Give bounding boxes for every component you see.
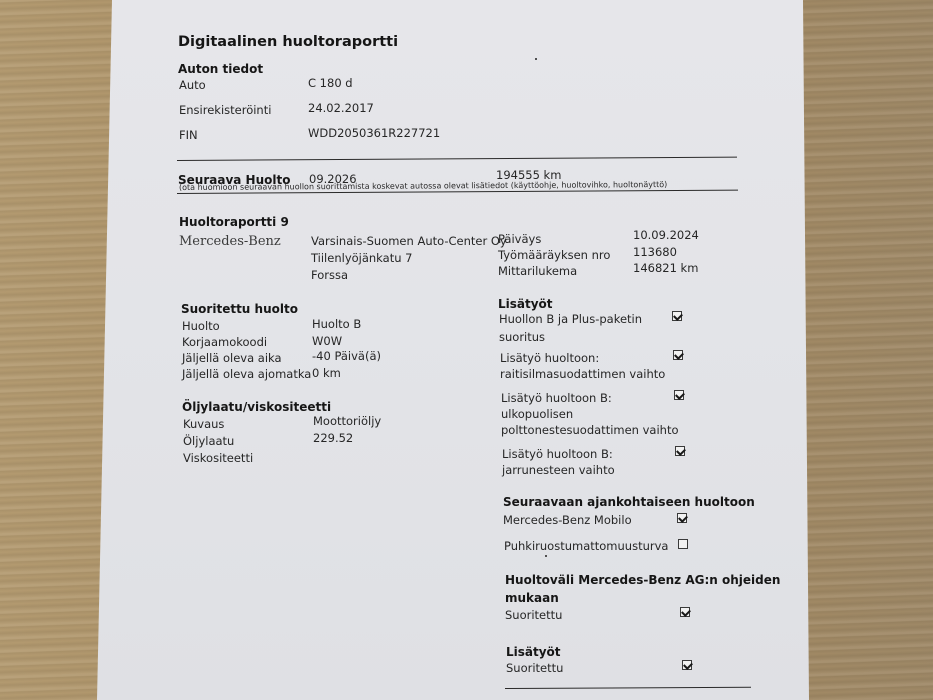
page-title: Digitaalinen huoltoraportti xyxy=(178,35,398,49)
extra-work-3-checkbox[interactable] xyxy=(674,390,684,400)
oil-value-description: Moottoriöljy xyxy=(313,414,381,428)
interval-heading-line-1: Huoltoväli Mercedes-Benz AG:n ohjeiden xyxy=(505,573,780,587)
performed-label-workshop-code: Korjaamokoodi xyxy=(182,335,267,349)
vehicle-value-model: C 180 d xyxy=(308,76,353,90)
extra-work-4-line-2: jarrunesteen vaihto xyxy=(502,463,615,477)
meta-value-work-order: 113680 xyxy=(633,245,677,259)
oil-value-quality: 229.52 xyxy=(313,431,353,445)
interval-done-checkbox[interactable] xyxy=(680,607,690,617)
extra-work-1-checkbox[interactable] xyxy=(672,311,682,321)
meta-label-odometer: Mittarilukema xyxy=(498,264,577,278)
oil-heading: Öljylaatu/viskositeetti xyxy=(182,400,331,414)
vehicle-label-model: Auto xyxy=(179,78,206,92)
rust-warranty-checkbox[interactable] xyxy=(678,539,688,549)
vehicle-label-fin: FIN xyxy=(179,128,198,142)
vehicle-label-registration: Ensirekisteröinti xyxy=(179,103,271,117)
extra-work-3-line-1: Lisätyö huoltoon B: xyxy=(501,391,612,405)
interval-done-label: Suoritettu xyxy=(505,608,562,622)
vehicle-value-fin: WDD2050361R227721 xyxy=(308,126,440,140)
performed-value-service: Huolto B xyxy=(312,317,361,331)
extra-work-2-checkbox[interactable] xyxy=(673,350,683,360)
mobilo-label: Mercedes-Benz Mobilo xyxy=(503,513,632,527)
meta-label-work-order: Työmääräyksen nro xyxy=(498,248,610,262)
ink-speck xyxy=(545,555,547,557)
oil-label-description: Kuvaus xyxy=(183,417,224,431)
extra-work-2-line-2: raitisilmasuodattimen vaihto xyxy=(500,367,665,381)
performed-value-remaining-time: -40 Päivä(ä) xyxy=(312,349,381,363)
report-heading: Huoltoraportti 9 xyxy=(179,215,289,229)
mobilo-checkbox[interactable] xyxy=(677,513,687,523)
service-report-paper xyxy=(0,0,933,700)
performed-label-remaining-distance: Jäljellä oleva ajomatka xyxy=(182,367,311,381)
dealer-street: Tiilenlyöjänkatu 7 xyxy=(311,251,412,265)
performed-value-workshop-code: W0W xyxy=(312,334,342,348)
extra-work-1-line-2: suoritus xyxy=(499,330,545,344)
brand-wordmark: Mercedes-Benz xyxy=(179,235,281,249)
vehicle-heading: Auton tiedot xyxy=(178,62,263,76)
vehicle-value-registration: 24.02.2017 xyxy=(308,101,374,115)
dealer-city: Forssa xyxy=(311,268,348,282)
oil-label-viscosity: Viskositeetti xyxy=(183,451,253,465)
rust-warranty-label: Puhkiruostumattomuusturva xyxy=(504,539,668,553)
extra-work-done-heading: Lisätyöt xyxy=(506,645,561,659)
extra-work-3-line-2: ulkopuolisen xyxy=(501,407,573,421)
meta-value-odometer: 146821 km xyxy=(633,261,698,275)
meta-label-date: Päiväys xyxy=(498,232,541,246)
extra-work-3-line-3: polttonestesuodattimen vaihto xyxy=(501,423,679,437)
extra-work-done-label: Suoritettu xyxy=(506,661,563,675)
extra-work-done-checkbox[interactable] xyxy=(682,660,692,670)
performed-value-remaining-distance: 0 km xyxy=(312,366,341,380)
performed-label-remaining-time: Jäljellä oleva aika xyxy=(182,351,282,365)
extra-work-heading: Lisätyöt xyxy=(498,297,553,311)
extra-work-4-checkbox[interactable] xyxy=(675,446,685,456)
performed-label-service: Huolto xyxy=(182,319,220,333)
extra-work-2-line-1: Lisätyö huoltoon: xyxy=(500,351,599,365)
oil-label-quality: Öljylaatu xyxy=(183,434,234,448)
next-current-service-heading: Seuraavaan ajankohtaiseen huoltoon xyxy=(503,495,755,509)
interval-heading-line-2: mukaan xyxy=(505,591,559,605)
ink-speck xyxy=(535,58,537,60)
extra-work-1-line-1: Huollon B ja Plus-paketin xyxy=(499,312,642,326)
meta-value-date: 10.09.2024 xyxy=(633,228,699,242)
dealer-name: Varsinais-Suomen Auto-Center Oy xyxy=(311,234,507,248)
extra-work-4-line-1: Lisätyö huoltoon B: xyxy=(502,447,613,461)
performed-service-heading: Suoritettu huolto xyxy=(181,302,298,316)
